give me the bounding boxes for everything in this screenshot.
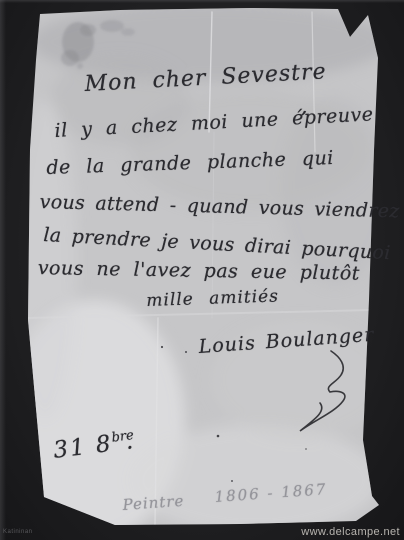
letter-photo: Mon cher Sevestre , il y a chez moi une … — [0, 0, 404, 540]
delcampe-watermark: www.delcampe.net — [301, 526, 400, 538]
seller-watermark: Katininan — [3, 529, 33, 535]
